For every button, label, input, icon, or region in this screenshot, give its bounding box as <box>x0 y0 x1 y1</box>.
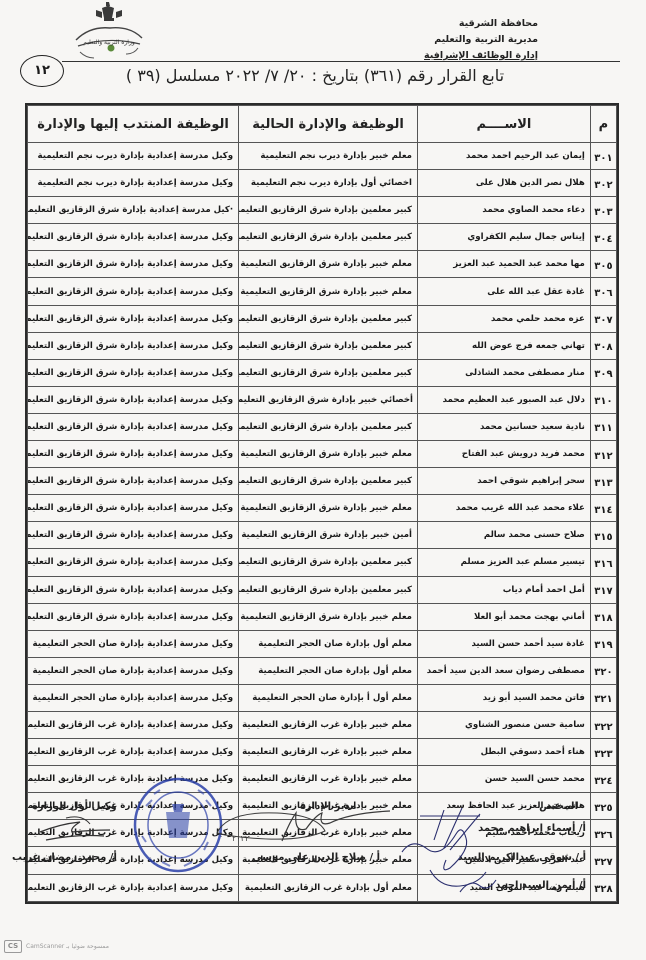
row-number: ٣٢٥ <box>590 793 616 820</box>
assigned-position: وكيل مدرسة إعدادية بإدارة ديرب نجم التعل… <box>28 170 239 197</box>
employee-name: غادة عقل عبد الله على <box>418 278 591 305</box>
row-number: ٣٠٧ <box>590 305 616 332</box>
assigned-position: وكيل مدرسة إعدادية بإدارة غرب الزقازيق ا… <box>28 739 239 766</box>
assigned-position: ·كيل مدرسة إعدادية بإدارة شرق الزقازيق ا… <box>28 197 239 224</box>
table-row: ٣١٢محمد فريد درويش عبد الفتاحمعلم خبير ب… <box>28 441 617 468</box>
row-number: ٣١٤ <box>590 495 616 522</box>
director-signature-icon: ٢٠٢٢ <box>212 805 392 855</box>
current-position: كبير معلمين بإدارة شرق الزقازيق التعليمي… <box>239 413 418 440</box>
assigned-position: وكيل مدرسة إعدادية بإدارة شرق الزقازيق ا… <box>28 549 239 576</box>
employee-name: عزه محمد حلمي محمد <box>418 305 591 332</box>
table-row: ٣٢٣هناء أحمد دسوقي البطلمعلم خبير بإدارة… <box>28 739 617 766</box>
directorate-label: مديرية التربية والتعليم <box>424 32 538 48</box>
column-header-assigned-position: الوظيفة المنتدب إليها والإدارة <box>28 106 239 143</box>
row-number: ٣١٧ <box>590 576 616 603</box>
employee-name: أماني بهجت محمد أبو العلا <box>418 603 591 630</box>
scanned-document: محافظة الشرقية مديرية التربية والتعليم إ… <box>0 0 646 960</box>
table-row: ٣٢٤محمد حسن السيد حسنمعلم خبير بإدارة غر… <box>28 766 617 793</box>
employee-name: هناء أحمد دسوقي البطل <box>418 739 591 766</box>
governorate-label: محافظة الشرقية <box>424 16 538 32</box>
deputy-name: أ/ محمد رمضان غريب <box>12 852 117 863</box>
current-position: كبير معلمين بإدارة شرق الزقازيق التعليمي… <box>239 576 418 603</box>
column-header-current-position: الوظيفة والإدارة الحالية <box>239 106 418 143</box>
current-position: معلم خبير بإدارة غرب الزقازيق التعليمية <box>239 739 418 766</box>
table-row: ٣١٩غادة سيد أحمد حسن السيدمعلم أول بإدار… <box>28 630 617 657</box>
table-row: ٣٠٦غادة عقل عبد الله علىمعلم خبير بإدارة… <box>28 278 617 305</box>
employee-name: مصطفى رضوان سعد الدين سيد أحمد <box>418 657 591 684</box>
assigned-position: وكيل مدرسة إعدادية بإدارة شرق الزقازيق ا… <box>28 576 239 603</box>
table-header-row: م الاســــم الوظيفة والإدارة الحالية الو… <box>28 106 617 143</box>
table-row: ٣١٦تيسير مسلم عبد العزيز مسلمكبير معلمين… <box>28 549 617 576</box>
current-position: كبير معلمين بإدارة شرق الزقازيق التعليمي… <box>239 332 418 359</box>
employee-name: منار مصطفى محمد الشاذلى <box>418 359 591 386</box>
row-number: ٣٠٦ <box>590 278 616 305</box>
table-row: ٣٢١فاتن محمد السيد أبو زيدمعلم أول أ بإد… <box>28 684 617 711</box>
employee-name: تيسير مسلم عبد العزيز مسلم <box>418 549 591 576</box>
header-divider <box>62 61 620 62</box>
row-number: ٣١٨ <box>590 603 616 630</box>
column-header-name: الاســــم <box>418 106 591 143</box>
assigned-position: وكيل مدرسة إعدادية بإدارة شرق الزقازيق ا… <box>28 468 239 495</box>
table-row: ٣٠٥مها محمد عبد الحميد عبد العزيزمعلم خب… <box>28 251 617 278</box>
table-body: ٣٠١إيمان عبد الرحيم احمد محمدمعلم خبير ب… <box>28 143 617 902</box>
ministry-logo: وزارة التربية والتعليم <box>66 0 152 62</box>
employee-name: إيمان عبد الرحيم احمد محمد <box>418 143 591 170</box>
current-position: كبير معلمين بإدارة شرق الزقازيق التعليمي… <box>239 468 418 495</box>
organization-header: محافظة الشرقية مديرية التربية والتعليم إ… <box>424 16 538 64</box>
camscanner-logo-icon: CS <box>4 940 22 953</box>
assigned-position: وكيل مدرسة إعدادية بإدارة شرق الزقازيق ا… <box>28 522 239 549</box>
table-row: ٣١٨أماني بهجت محمد أبو العلامعلم خبير بإ… <box>28 603 617 630</box>
current-position: معلم خبير بإدارة شرق الزقازيق التعليمية <box>239 278 418 305</box>
decree-title: تابع القرار رقم (٣٦١) بتاريخ : ٢٠/ ٧/ ٢٠… <box>100 66 530 85</box>
current-position: معلم خبير بإدارة غرب الزقازيق التعليمية <box>239 766 418 793</box>
row-number: ٣١٩ <box>590 630 616 657</box>
row-number: ٣١٠ <box>590 386 616 413</box>
table-row: ٣١٧أمل احمد أمام ديابكبير معلمين بإدارة … <box>28 576 617 603</box>
assigned-position: وكيل مدرسة إعدادية بإدارة شرق الزقازيق ا… <box>28 332 239 359</box>
row-number: ٣٠٥ <box>590 251 616 278</box>
table-row: ٣١١نادية سعيد حسانين محمدكبير معلمين بإد… <box>28 413 617 440</box>
employee-name: نادية سعيد حسانين محمد <box>418 413 591 440</box>
current-position: معلم خبير بإدارة شرق الزقازيق التعليمية <box>239 251 418 278</box>
employee-name: غادة سيد أحمد حسن السيد <box>418 630 591 657</box>
current-position: معلم أول أ بإدارة صان الحجر التعليمية <box>239 684 418 711</box>
column-header-number: م <box>590 106 616 143</box>
row-number: ٣٠١ <box>590 143 616 170</box>
employee-name: سحر إبراهيم شوقي احمد <box>418 468 591 495</box>
row-number: ٣٢٨ <box>590 874 616 901</box>
assigned-position: وكيل مدرسة إعدادية بإدارة شرق الزقازيق ا… <box>28 441 239 468</box>
table-row: ٣١٤علاء محمد عبد الله غريب محمدمعلم خبير… <box>28 495 617 522</box>
current-position: كبير معلمين بإدارة شرق الزقازيق التعليمي… <box>239 359 418 386</box>
row-number: ٣١٥ <box>590 522 616 549</box>
assigned-position: وكيل مدرسة إعدادية بإدارة شرق الزقازيق ا… <box>28 495 239 522</box>
assigned-position: وكيل مدرسة إعدادية بإدارة صان الحجر التع… <box>28 630 239 657</box>
row-number: ٣٢٤ <box>590 766 616 793</box>
logo-caption: وزارة التربية والتعليم <box>83 39 135 46</box>
row-number: ٣٢٦ <box>590 820 616 847</box>
current-position: أمين خبير بإدارة شرق الزقازيق التعليمية <box>239 522 418 549</box>
current-position: أخصائي خبير بإدارة شرق الزقازيق التعليمي… <box>239 386 418 413</box>
specialist-title: المختص <box>539 801 578 812</box>
table-row: ٣٢٠مصطفى رضوان سعد الدين سيد أحمدمعلم أو… <box>28 657 617 684</box>
table-row: ٣٠٢هلال نصر الدين هلال علىاخصائي أول بإد… <box>28 170 617 197</box>
assigned-position: وكيل مدرسة إعدادية بإدارة صان الحجر التع… <box>28 684 239 711</box>
employee-name: دعاء محمد الصاوي محمد <box>418 197 591 224</box>
employee-name: محمد حسن السيد حسن <box>418 766 591 793</box>
employee-name: دلال عبد الصبور عبد العظيم محمد <box>418 386 591 413</box>
camscanner-watermark: CS CamScanner ممسوحة ضوئيا بـ <box>4 940 109 953</box>
assignments-table: م الاســــم الوظيفة والإدارة الحالية الو… <box>25 103 619 904</box>
employee-name: صلاح حسنى محمد سالم <box>418 522 591 549</box>
assigned-position: وكيل مدرسة إعدادية بإدارة شرق الزقازيق ا… <box>28 224 239 251</box>
employee-name: تهاني جمعه فرج عوض الله <box>418 332 591 359</box>
official-stamp-icon <box>132 776 224 874</box>
current-position: كبير معلمين بإدارة شرق الزقازيق التعليمي… <box>239 305 418 332</box>
row-number: ٣٠٢ <box>590 170 616 197</box>
assigned-position: وكيل مدرسة إعدادية بإدارة شرق الزقازيق ا… <box>28 251 239 278</box>
deputy-signature-icon <box>36 810 126 850</box>
table-row: ٣٠٧عزه محمد حلمي محمدكبير معلمين بإدارة … <box>28 305 617 332</box>
row-number: ٣١٦ <box>590 549 616 576</box>
row-number: ٣١١ <box>590 413 616 440</box>
assigned-position: وكيل مدرسة إعدادية بإدارة شرق الزقازيق ا… <box>28 386 239 413</box>
row-number: ٣٠٤ <box>590 224 616 251</box>
assigned-position: وكيل مدرسة إعدادية بإدارة غرب الزقازيق ا… <box>28 874 239 901</box>
row-number: ٣١٢ <box>590 441 616 468</box>
assigned-position: وكيل مدرسة إعدادية بإدارة شرق الزقازيق ا… <box>28 359 239 386</box>
current-position: معلم خبير بإدارة شرق الزقازيق التعليمية <box>239 603 418 630</box>
assigned-position: وكيل مدرسة إعدادية بإدارة شرق الزقازيق ا… <box>28 603 239 630</box>
row-number: ٣٢٠ <box>590 657 616 684</box>
assigned-position: وكيل مدرسة إعدادية بإدارة صان الحجر التع… <box>28 657 239 684</box>
row-number: ٣٢٧ <box>590 847 616 874</box>
employee-name: هلال نصر الدين هلال على <box>418 170 591 197</box>
current-position: معلم أول بإدارة صان الحجر التعليمية <box>239 630 418 657</box>
assigned-position: وكيل مدرسة إعدادية بإدارة شرق الزقازيق ا… <box>28 305 239 332</box>
row-number: ٣٢٢ <box>590 711 616 738</box>
assigned-position: وكيل مدرسة إعدادية بإدارة شرق الزقازيق ا… <box>28 413 239 440</box>
current-position: معلم أول بإدارة غرب الزقازيق التعليمية <box>239 874 418 901</box>
table-row: ٣٠٤إيناس جمال سليم الكفراويكبير معلمين ب… <box>28 224 617 251</box>
employee-name: فاتن محمد السيد أبو زيد <box>418 684 591 711</box>
director-signature-date: ٢٠٢٢ <box>232 834 249 843</box>
row-number: ٣٠٨ <box>590 332 616 359</box>
current-position: معلم خبير بإدارة غرب الزقازيق التعليمية <box>239 711 418 738</box>
table-row: ٣٠١إيمان عبد الرحيم احمد محمدمعلم خبير ب… <box>28 143 617 170</box>
current-position: معلم خبير بإدارة شرق الزقازيق التعليمية <box>239 441 418 468</box>
row-number: ٣١٣ <box>590 468 616 495</box>
current-position: معلم أول بإدارة صان الحجر التعليمية <box>239 657 418 684</box>
specialist-signatures-icon <box>400 808 510 903</box>
table-row: ٣١٠دلال عبد الصبور عبد العظيم محمدأخصائي… <box>28 386 617 413</box>
table-row: ٣٠٨تهاني جمعه فرج عوض اللهكبير معلمين بإ… <box>28 332 617 359</box>
current-position: كبير معلمين بإدارة شرق الزقازيق التعليمي… <box>239 549 418 576</box>
table-row: ٣٠٩منار مصطفى محمد الشاذلىكبير معلمين بإ… <box>28 359 617 386</box>
row-number: ٣٢١ <box>590 684 616 711</box>
row-number: ٣٠٩ <box>590 359 616 386</box>
assigned-position: وكيل مدرسة إعدادية بإدارة شرق الزقازيق ا… <box>28 278 239 305</box>
page-number-badge: ١٢ <box>20 55 64 87</box>
table-row: ٣١٥صلاح حسنى محمد سالمأمين خبير بإدارة ش… <box>28 522 617 549</box>
current-position: معلم خبير بإدارة ديرب نجم التعليمية <box>239 143 418 170</box>
employee-name: محمد فريد درويش عبد الفتاح <box>418 441 591 468</box>
camscanner-caption: CamScanner ممسوحة ضوئيا بـ <box>26 943 109 950</box>
employee-name: إيناس جمال سليم الكفراوي <box>418 224 591 251</box>
employee-name: أمل احمد أمام دياب <box>418 576 591 603</box>
assigned-position: وكيل مدرسة إعدادية بإدارة غرب الزقازيق ا… <box>28 711 239 738</box>
assigned-position: وكيل مدرسة إعدادية بإدارة ديرب نجم التعل… <box>28 143 239 170</box>
row-number: ٣٢٣ <box>590 739 616 766</box>
employee-name: علاء محمد عبد الله غريب محمد <box>418 495 591 522</box>
eagle-emblem-icon: وزارة التربية والتعليم <box>66 0 152 62</box>
table-row: ٣٠٣دعاء محمد الصاوي محمدكبير معلمين بإدا… <box>28 197 617 224</box>
table-row: ٣١٣سحر إبراهيم شوقي احمدكبير معلمين بإدا… <box>28 468 617 495</box>
employee-name: مها محمد عبد الحميد عبد العزيز <box>418 251 591 278</box>
employee-name: سامية حسن منصور الشناوي <box>418 711 591 738</box>
current-position: اخصائي أول بإدارة ديرب نجم التعليمية <box>239 170 418 197</box>
current-position: كبير معلمين بإدارة شرق الزقازيق التعليمي… <box>239 197 418 224</box>
current-position: معلم خبير بإدارة شرق الزقازيق التعليمية <box>239 495 418 522</box>
current-position: كبير معلمين بإدارة شرق الزقازيق التعليمي… <box>239 224 418 251</box>
table-row: ٣٢٢سامية حسن منصور الشناويمعلم خبير بإدا… <box>28 711 617 738</box>
row-number: ٣٠٣ <box>590 197 616 224</box>
